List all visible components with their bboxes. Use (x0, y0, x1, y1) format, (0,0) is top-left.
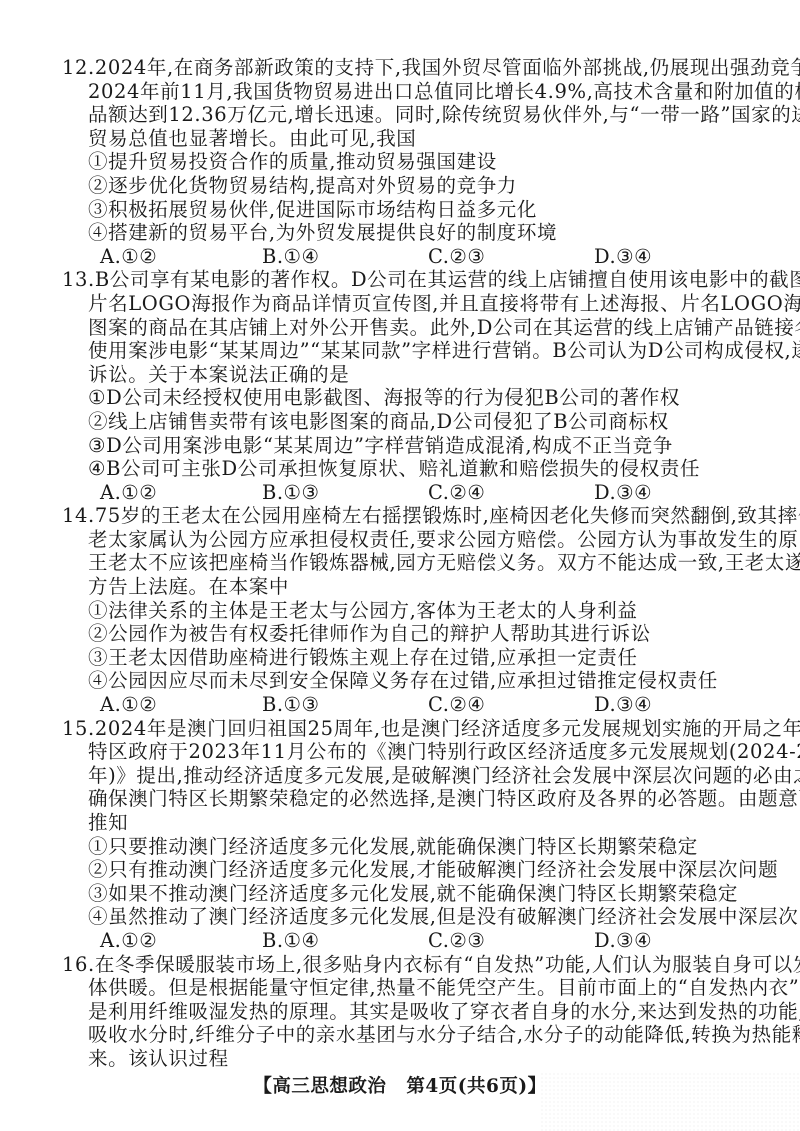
statement-3: ③王老太因借助座椅进行锻炼主观上存在过错,应承担一定责任 (62, 646, 734, 670)
answer-options: A.①② B.①④ C.②③ D.③④ (62, 929, 734, 953)
question-stem-line: 15.2024年是澳门回归祖国25周年,也是澳门经济适度多元发展规划实施的开局之… (62, 717, 734, 741)
statement-1: ①只要推动澳门经济适度多元化发展,就能确保澳门特区长期繁荣稳定 (62, 835, 734, 859)
question-stem-line: 诉讼。关于本案说法正确的是 (62, 363, 734, 387)
option-d[interactable]: D.③④ (594, 929, 652, 953)
option-a[interactable]: A.①② (100, 481, 157, 505)
statement-2: ②线上店铺售卖带有该电影图案的商品,D公司侵犯了B公司商标权 (62, 410, 734, 434)
option-c[interactable]: C.②④ (428, 481, 485, 505)
statement-1: ①D公司未经授权使用电影截图、海报等的行为侵犯B公司的著作权 (62, 386, 734, 410)
question-stem-line: 特区政府于2023年11月公布的《澳门特别行政区经济适度多元发展规划(2024-… (62, 740, 734, 764)
paper-texture (540, 1072, 800, 1131)
question-number: 12. (62, 56, 95, 80)
statement-4: ④公园因应尽而未尽到安全保障义务存在过错,应承担过错推定侵权责任 (62, 669, 734, 693)
question-stem-line: 来。该认识过程 (62, 1047, 734, 1071)
option-b[interactable]: B.①③ (262, 693, 320, 717)
question-stem-line: 贸易总值也显著增长。由此可见,我国 (62, 127, 734, 151)
question-stem-line: 2024年前11月,我国货物贸易进出口总值同比增长4.9%,高技术含量和附加值的… (62, 80, 734, 104)
exam-page: 12.2024年,在商务部新政策的支持下,我国外贸尽管面临外部挑战,仍展现出强劲… (0, 0, 800, 1131)
statement-4: ④虽然推动了澳门经济适度多元化发展,但是没有破解澳门经济社会发展中深层次问题 (62, 905, 734, 929)
statement-4: ④搭建新的贸易平台,为外贸发展提供良好的制度环境 (62, 221, 734, 245)
question-stem-line: 片名LOGO海报作为商品详情页宣传图,并且直接将带有上述海报、片名LOGO海报拓… (62, 292, 734, 316)
option-c[interactable]: C.②③ (428, 929, 485, 953)
question-16: 16.在冬季保暖服装市场上,很多贴身内衣标有“自发热”功能,人们认为服装自身可以… (62, 953, 734, 1071)
option-a[interactable]: A.①② (100, 245, 157, 269)
question-stem-line: 品额达到12.36万亿元,增长迅速。同时,除传统贸易伙伴外,与“一带一路”国家的… (62, 103, 734, 127)
option-c[interactable]: C.②③ (428, 245, 485, 269)
question-stem-line: 推知 (62, 811, 734, 835)
question-13: 13.B公司享有某电影的著作权。D公司在其运营的线上店铺擅自使用该电影中的截图、… (62, 268, 734, 504)
question-stem-line: 方告上法庭。在本案中 (62, 575, 734, 599)
question-number: 16. (62, 953, 95, 977)
option-d[interactable]: D.③④ (594, 693, 652, 717)
statement-3: ③如果不推动澳门经济适度多元化发展,就不能确保澳门特区长期繁荣稳定 (62, 882, 734, 906)
question-stem-line: 13.B公司享有某电影的著作权。D公司在其运营的线上店铺擅自使用该电影中的截图、… (62, 268, 734, 292)
question-stem-line: 是利用纤维吸湿发热的原理。其实是吸收了穿衣者自身的水分,来达到发热的功能,当纤维 (62, 1000, 734, 1024)
question-stem-line: 使用案涉电影“某某周边”“某某同款”字样进行营销。B公司认为D公司构成侵权,遂提… (62, 339, 734, 363)
option-a[interactable]: A.①② (100, 693, 157, 717)
answer-options: A.①② B.①④ C.②③ D.③④ (62, 245, 734, 269)
question-list: 12.2024年,在商务部新政策的支持下,我国外贸尽管面临外部挑战,仍展现出强劲… (62, 56, 734, 1071)
statement-2: ②只有推动澳门经济适度多元化发展,才能破解澳门经济社会发展中深层次问题 (62, 858, 734, 882)
question-stem-line: 老太家属认为公园方应承担侵权责任,要求公园方赔偿。公园方认为事故发生的原因在于 (62, 528, 734, 552)
question-stem-line: 吸收水分时,纤维分子中的亲水基团与水分子结合,水分子的动能降低,转换为热能释放出 (62, 1023, 734, 1047)
option-c[interactable]: C.②④ (428, 693, 485, 717)
question-stem-line: 年)》提出,推动经济适度多元发展,是破解澳门经济社会发展中深层次问题的必由之路,… (62, 764, 734, 788)
question-15: 15.2024年是澳门回归祖国25周年,也是澳门经济适度多元发展规划实施的开局之… (62, 717, 734, 953)
question-stem-line: 体供暖。但是根据能量守恒定律,热量不能凭空产生。目前市面上的“自发热内衣”,大部… (62, 976, 734, 1000)
option-d[interactable]: D.③④ (594, 245, 652, 269)
footer-page-info: 第4页(共6页)】 (406, 1076, 546, 1097)
answer-options: A.①② B.①③ C.②④ D.③④ (62, 693, 734, 717)
statement-2: ②公园作为被告有权委托律师作为自己的辩护人帮助其进行诉讼 (62, 622, 734, 646)
question-stem-line: 确保澳门特区长期繁荣稳定的必然选择,是澳门特区政府及各界的必答题。由题意可必然 (62, 787, 734, 811)
option-b[interactable]: B.①④ (262, 929, 320, 953)
question-number: 13. (62, 268, 95, 292)
statement-1: ①提升贸易投资合作的质量,推动贸易强国建设 (62, 150, 734, 174)
statement-1: ①法律关系的主体是王老太与公园方,客体为王老太的人身利益 (62, 599, 734, 623)
question-stem-line: 王老太不应该把座椅当作锻炼器械,园方无赔偿义务。双方不能达成一致,王老太遂将公园 (62, 551, 734, 575)
option-d[interactable]: D.③④ (594, 481, 652, 505)
question-14: 14.75岁的王老太在公园用座椅左右摇摆锻炼时,座椅因老化失修而突然翻倒,致其摔… (62, 504, 734, 716)
question-stem-line: 14.75岁的王老太在公园用座椅左右摇摆锻炼时,座椅因老化失修而突然翻倒,致其摔… (62, 504, 734, 528)
footer-subject: 【高三思想政治 (253, 1076, 386, 1097)
option-b[interactable]: B.①④ (262, 245, 320, 269)
question-stem-line: 12.2024年,在商务部新政策的支持下,我国外贸尽管面临外部挑战,仍展现出强劲… (62, 56, 734, 80)
statement-4: ④B公司可主张D公司承担恢复原状、赔礼道歉和赔偿损失的侵权责任 (62, 457, 734, 481)
statement-2: ②逐步优化货物贸易结构,提高对外贸易的竞争力 (62, 174, 734, 198)
option-a[interactable]: A.①② (100, 929, 157, 953)
statement-3: ③积极拓展贸易伙伴,促进国际市场结构日益多元化 (62, 198, 734, 222)
statement-3: ③D公司用案涉电影“某某周边”字样营销造成混淆,构成不正当竞争 (62, 434, 734, 458)
question-number: 15. (62, 717, 95, 741)
question-12: 12.2024年,在商务部新政策的支持下,我国外贸尽管面临外部挑战,仍展现出强劲… (62, 56, 734, 268)
answer-options: A.①② B.①③ C.②④ D.③④ (62, 481, 734, 505)
question-stem-line: 图案的商品在其店铺上对外公开售卖。此外,D公司在其运营的线上店铺产品链接名称中 (62, 316, 734, 340)
question-number: 14. (62, 504, 95, 528)
question-stem-line: 16.在冬季保暖服装市场上,很多贴身内衣标有“自发热”功能,人们认为服装自身可以… (62, 953, 734, 977)
option-b[interactable]: B.①③ (262, 481, 320, 505)
